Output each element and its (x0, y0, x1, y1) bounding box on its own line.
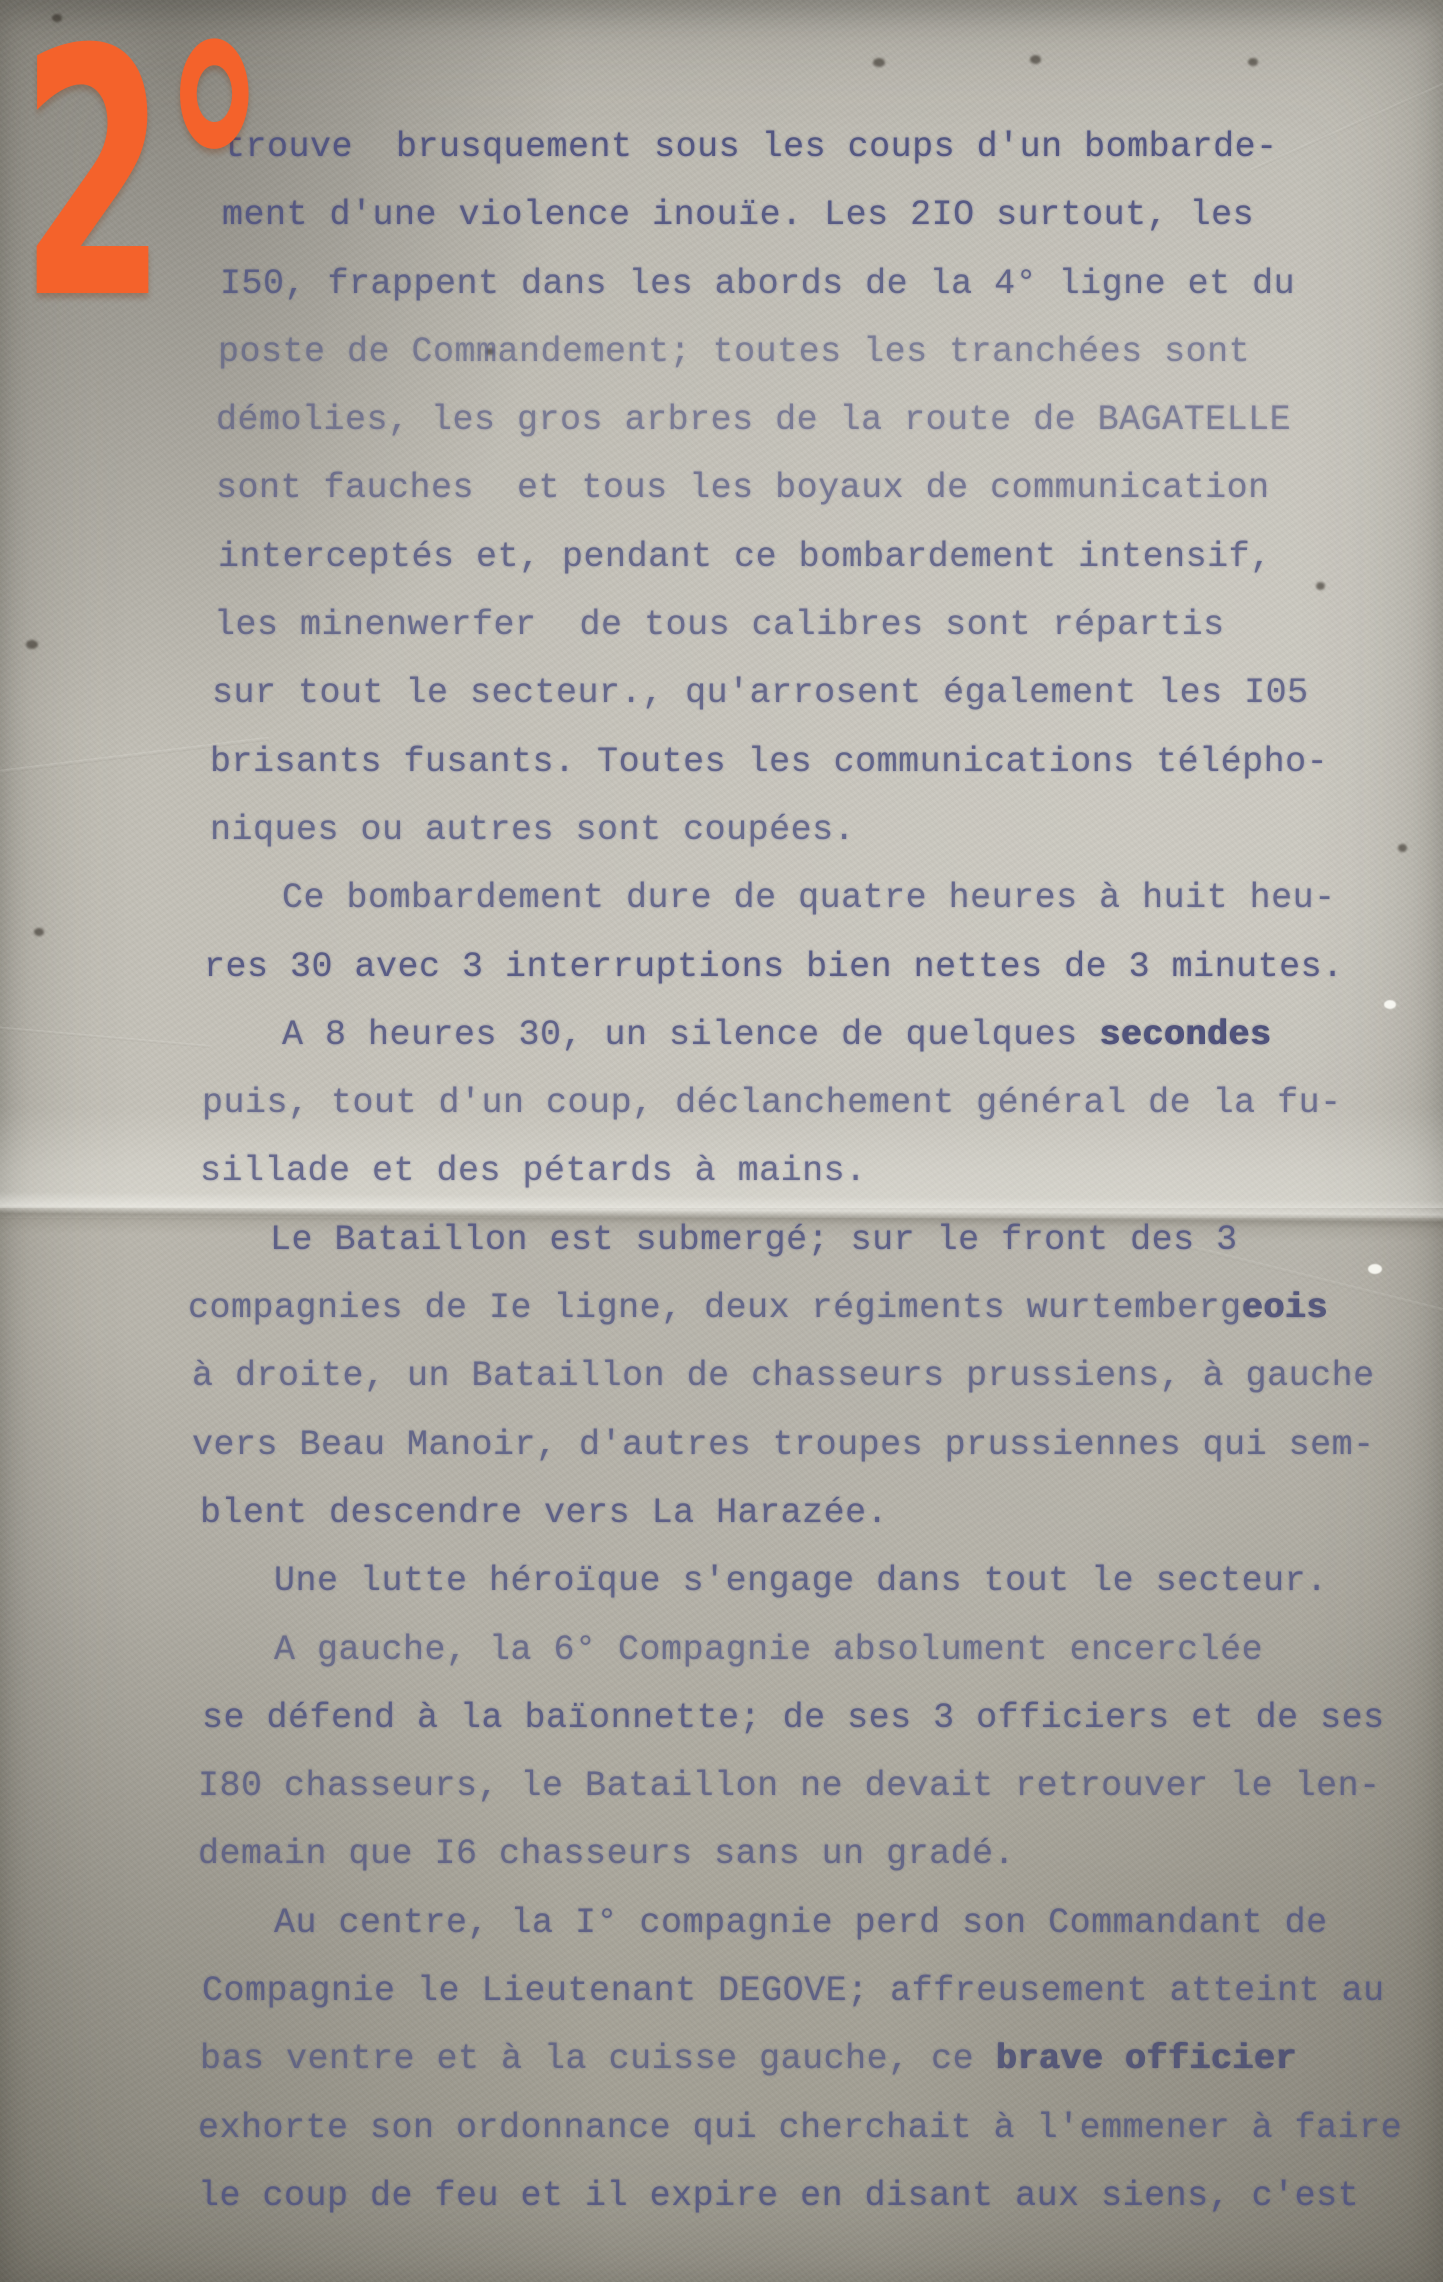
document-text: trouve brusquement sous les coups d'un b… (0, 113, 1443, 2230)
text-line: trouve brusquement sous les coups d'un b… (224, 113, 1443, 181)
text-line: bas ventre et à la cuisse gauche, ce bra… (200, 2025, 1435, 2093)
text-line: à droite, un Bataillon de chasseurs prus… (192, 1342, 1427, 1410)
text-line: interceptés et, pendant ce bombardement … (218, 523, 1443, 591)
text-line: démolies, les gros arbres de la route de… (216, 386, 1443, 454)
text-line: poste de Commandement; toutes les tranch… (218, 318, 1443, 386)
document-page: 2° trouve brusquement sous les coups d'u… (0, 0, 1443, 2282)
paper-speck (1248, 58, 1258, 66)
page-number-annotation: 2° (20, 6, 262, 346)
text-line: puis, tout d'un coup, déclanchement géné… (202, 1069, 1437, 1137)
text-line: ment d'une violence inouïe. Les 2IO surt… (222, 181, 1443, 249)
text-line: sur tout le secteur., qu'arrosent égalem… (212, 659, 1443, 727)
text-line: Au centre, la I° compagnie perd son Comm… (200, 1889, 1435, 1957)
text-line: A gauche, la 6° Compagnie absolument enc… (200, 1616, 1435, 1684)
text-line: brisants fusants. Toutes les communicati… (210, 728, 1443, 796)
text-line: les minenwerfer de tous calibres sont ré… (214, 591, 1443, 659)
text-line: I50, frappent dans les abords de la 4° l… (220, 250, 1443, 318)
text-line: exhorte son ordonnance qui cherchait à l… (198, 2094, 1433, 2162)
text-line: demain que I6 chasseurs sans un gradé. (198, 1820, 1433, 1888)
text-line: niques ou autres sont coupées. (210, 796, 1443, 864)
text-line: compagnies de Ie ligne, deux régiments w… (188, 1274, 1423, 1342)
text-line: A 8 heures 30, un silence de quelques se… (208, 1001, 1443, 1069)
text-line: vers Beau Manoir, d'autres troupes pruss… (192, 1411, 1427, 1479)
paper-speck (1030, 55, 1041, 64)
paper-speck (873, 58, 885, 67)
text-line: blent descendre vers La Harazée. (200, 1479, 1435, 1547)
text-line: Le Bataillon est submergé; sur le front … (196, 1206, 1431, 1274)
text-line: Compagnie le Lieutenant DEGOVE; affreuse… (202, 1957, 1437, 2025)
overstruck-text: eois (1242, 1288, 1328, 1328)
text-line: sillade et des pétards à mains. (200, 1137, 1435, 1205)
text-line: I80 chasseurs, le Bataillon ne devait re… (198, 1752, 1433, 1820)
overstruck-text: secondes (1099, 1015, 1271, 1055)
text-line: sont fauches et tous les boyaux de commu… (216, 454, 1443, 522)
text-line: se défend à la baïonnette; de ses 3 offi… (202, 1684, 1437, 1752)
text-line: res 30 avec 3 interruptions bien nettes … (204, 933, 1439, 1001)
overstruck-text: brave officier (996, 2039, 1297, 2079)
text-line: le coup de feu et il expire en disant au… (198, 2162, 1433, 2230)
text-line: Une lutte héroïque s'engage dans tout le… (200, 1547, 1435, 1615)
text-line: Ce bombardement dure de quatre heures à … (208, 864, 1443, 932)
